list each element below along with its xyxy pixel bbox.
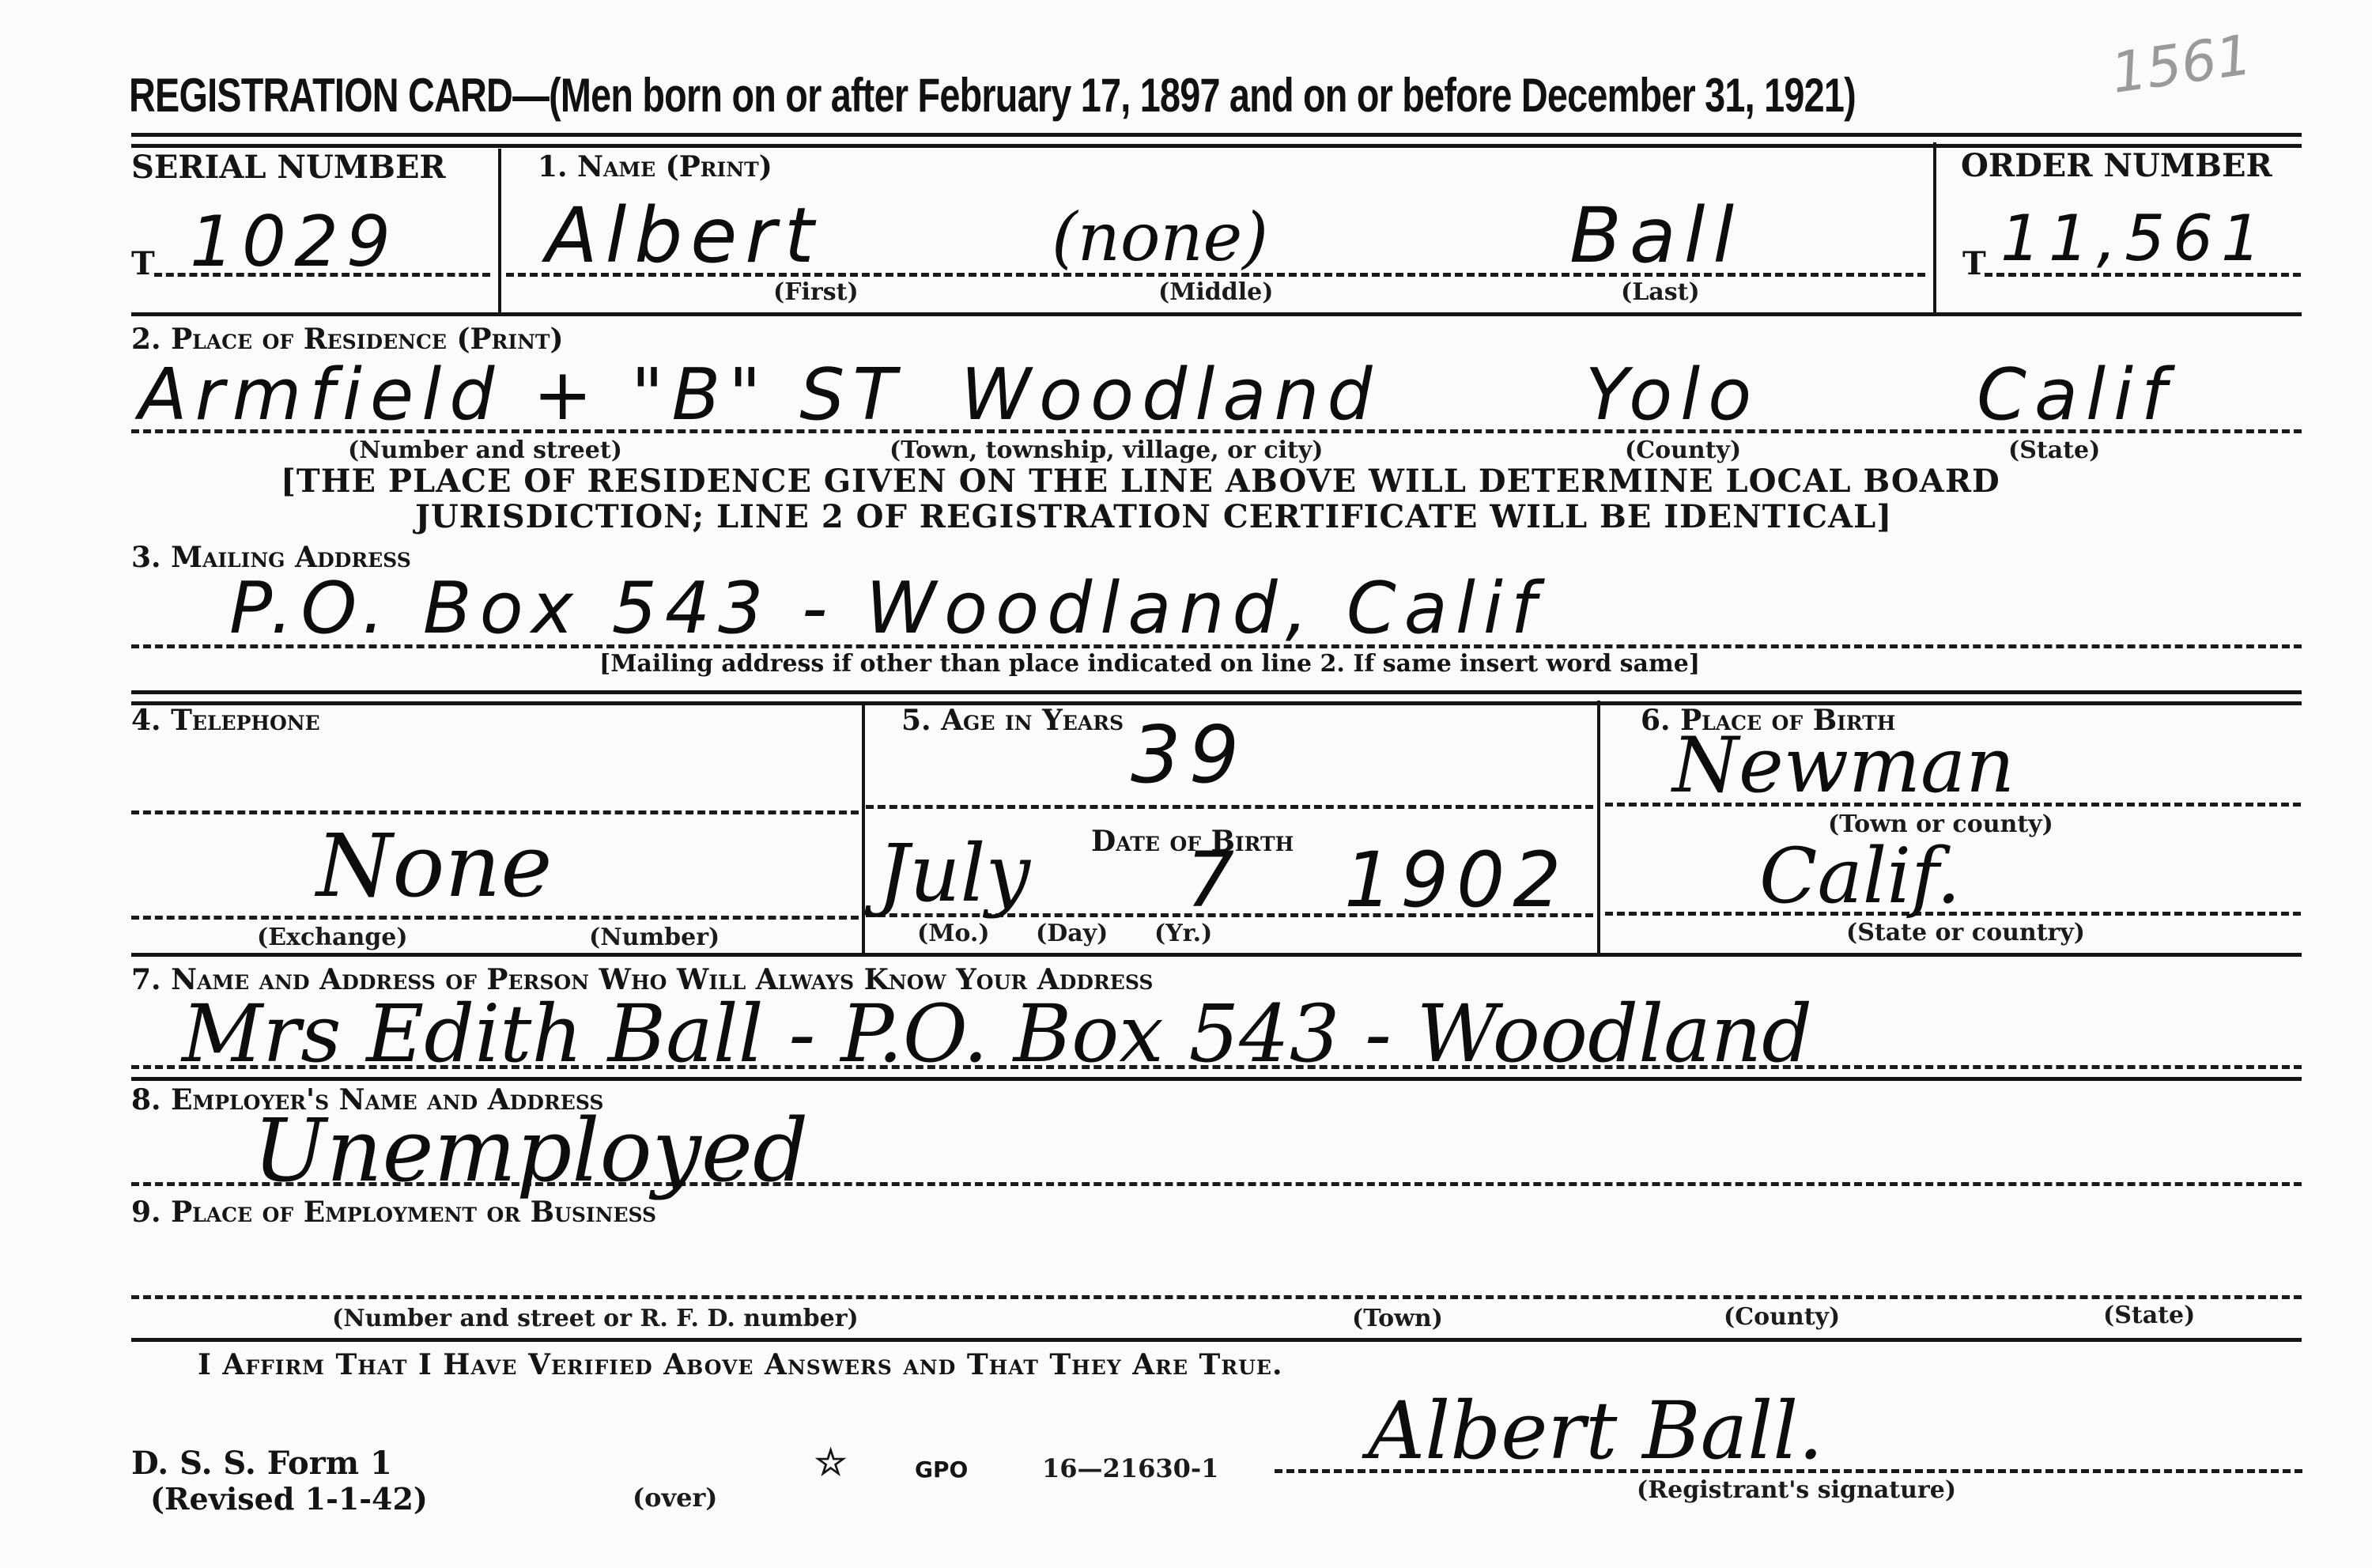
- middle-caption: (Middle): [1158, 278, 1273, 306]
- affirmation-text: I Affirm That I Have Verified Above Answ…: [198, 1348, 1283, 1381]
- form-revised: (Revised 1-1-42): [150, 1481, 428, 1517]
- divider: [1933, 142, 1936, 312]
- age-value[interactable]: 39: [1131, 716, 1247, 795]
- row-rule: [131, 953, 2302, 957]
- order-number-label: ORDER NUMBER: [1961, 147, 2272, 184]
- divider: [498, 149, 501, 315]
- residence-county-value[interactable]: Yolo: [1585, 360, 1759, 431]
- divider: [1597, 701, 1600, 954]
- telephone-value[interactable]: None: [316, 822, 552, 909]
- telephone-line-1: [131, 810, 859, 814]
- employment-place-line: [131, 1295, 2302, 1299]
- title-rule-top: [131, 133, 2302, 137]
- print-code: 16—21630-1: [1042, 1453, 1218, 1483]
- month-caption: (Mo.): [917, 920, 990, 947]
- serial-prefix: T: [131, 245, 155, 282]
- day-caption: (Day): [1036, 920, 1108, 947]
- number-caption: (Number): [589, 924, 720, 951]
- row-rule: [131, 1338, 2302, 1342]
- employment-street-caption: (Number and street or R. F. D. number): [332, 1305, 859, 1332]
- state-caption: (State): [2008, 436, 2100, 464]
- residence-street-value[interactable]: Armfield + "B" ST: [138, 360, 904, 431]
- first-caption: (First): [773, 278, 859, 306]
- divider: [862, 704, 865, 955]
- order-prefix: T: [1962, 245, 1986, 282]
- last-caption: (Last): [1621, 278, 1700, 306]
- serial-number-label: SERIAL NUMBER: [131, 149, 446, 186]
- mailing-note: [Mailing address if other than place ind…: [599, 650, 1700, 678]
- mailing-address-value[interactable]: P.O. Box 543 - Woodland, Calif: [229, 573, 1544, 644]
- residence-state-value[interactable]: Calif: [1977, 360, 2174, 431]
- name-label: 1. Name (Print): [538, 150, 772, 183]
- telephone-label: 4. Telephone: [131, 704, 320, 737]
- first-name-value[interactable]: Albert: [546, 198, 822, 274]
- row-rule: [131, 312, 2302, 316]
- card-title: REGISTRATION CARD—(Men born on or after …: [129, 68, 1856, 123]
- residence-label: 2. Place of Residence (Print): [131, 323, 564, 356]
- registrant-signature[interactable]: Albert Ball.: [1368, 1392, 1823, 1471]
- year-caption: (Yr.): [1154, 920, 1212, 947]
- exchange-caption: (Exchange): [257, 924, 408, 951]
- employment-town-caption: (Town): [1352, 1305, 1443, 1332]
- birth-year-value[interactable]: 1902: [1344, 842, 1569, 918]
- county-caption: (County): [1625, 436, 1741, 464]
- row-rule: [131, 690, 2302, 694]
- row-rule: [131, 1077, 2302, 1081]
- residence-town-value[interactable]: Woodland: [961, 360, 1381, 431]
- middle-name-value[interactable]: (none): [1052, 204, 1268, 270]
- birth-state-caption: (State or country): [1846, 919, 2085, 946]
- stamp-number: 1561: [2107, 22, 2256, 106]
- age-line: [866, 805, 1593, 809]
- contact-value[interactable]: Mrs Edith Ball - P.O. Box 543 - Woodland: [182, 995, 1812, 1074]
- residence-notice-line1: [THE PLACE OF RESIDENCE GIVEN ON THE LIN…: [281, 463, 2000, 500]
- row-rule: [131, 701, 2302, 705]
- street-caption: (Number and street): [348, 436, 622, 464]
- town-caption: (Town, township, village, or city): [889, 436, 1324, 464]
- age-label: 5. Age in Years: [901, 704, 1124, 737]
- over-note: (over): [633, 1483, 717, 1513]
- birth-month-value[interactable]: July: [878, 834, 1030, 913]
- form-name: D. S. S. Form 1: [131, 1445, 392, 1482]
- signature-caption: (Registrant's signature): [1637, 1476, 1956, 1504]
- order-number-value[interactable]: 11,561: [2000, 207, 2269, 270]
- last-name-value[interactable]: Ball: [1569, 198, 1742, 274]
- birth-town-value[interactable]: Newman: [1672, 727, 2015, 803]
- employment-county-caption: (County): [1724, 1303, 1840, 1331]
- birth-day-value[interactable]: 7: [1186, 842, 1242, 918]
- birth-state-value[interactable]: Calif.: [1759, 838, 1961, 914]
- employment-state-caption: (State): [2103, 1302, 2195, 1329]
- serial-number-value[interactable]: 1029: [190, 207, 398, 277]
- employment-place-label: 9. Place of Employment or Business: [131, 1196, 656, 1229]
- residence-notice-line2: JURISDICTION; LINE 2 OF REGISTRATION CER…: [415, 498, 1892, 535]
- gpo-mark: GPO: [915, 1457, 968, 1483]
- star-icon: ☆: [814, 1441, 847, 1483]
- employer-value[interactable]: Unemployed: [253, 1107, 808, 1194]
